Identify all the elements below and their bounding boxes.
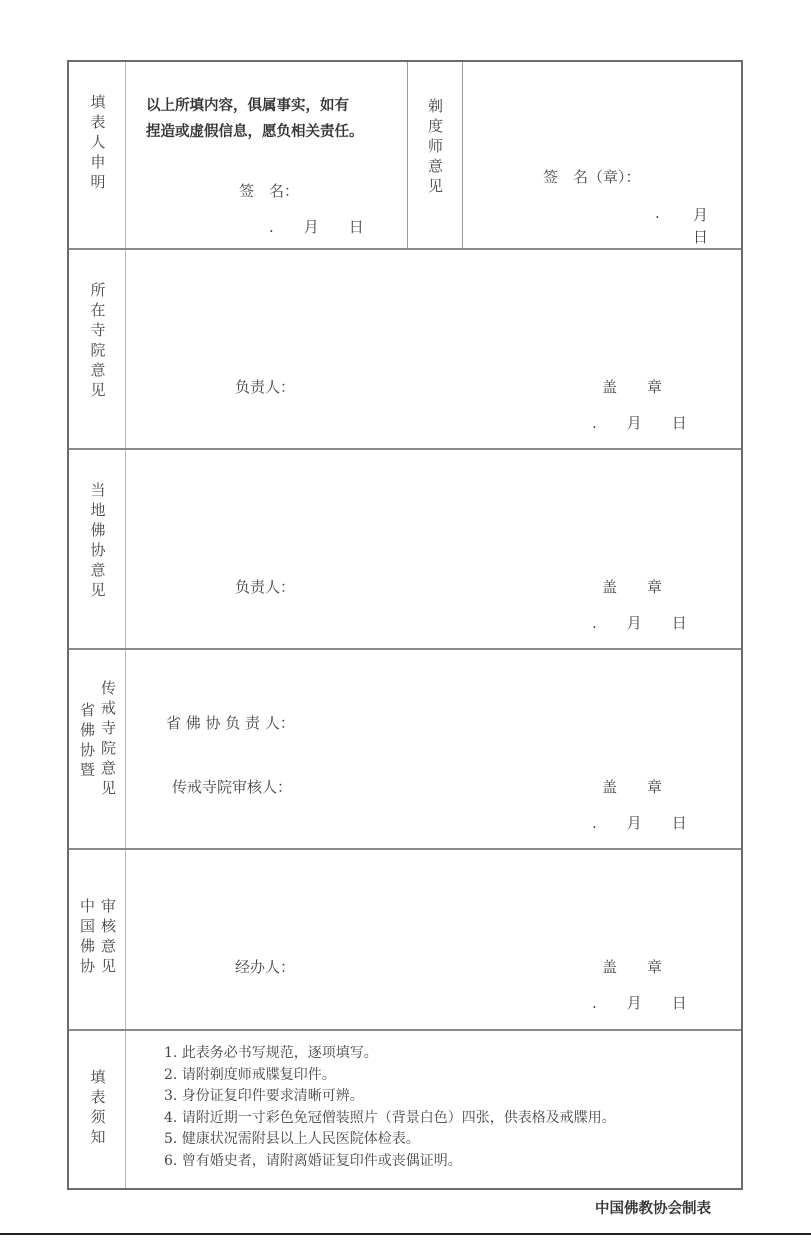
instructions-label-cell: 填表须知 [69, 1031, 126, 1188]
temple-opinion-row: 所在寺院意见 负责人： 盖 章 . 月 日 [69, 250, 741, 450]
provincial-responsible-label: 省 佛 协 负 责 人： [166, 712, 295, 733]
provincial-label-cell: 传戒寺院意见 省佛协暨 [69, 650, 126, 848]
national-label-col2: 审核意见 [100, 898, 115, 978]
temple-responsible-label: 负责人： [235, 376, 295, 397]
tonsure-signature-label: 签 名（章）： [543, 166, 641, 187]
provincial-label-col1: 省佛协暨 [79, 702, 94, 800]
temple-label-cell: 所在寺院意见 [69, 250, 126, 448]
applicant-date-label: . 月 日 [269, 216, 364, 237]
local-association-responsible-label: 负责人： [235, 576, 295, 597]
temple-seal-label: 盖 章 [602, 376, 662, 397]
provincial-seal-label: 盖 章 [602, 776, 662, 797]
instruction-item: 4. 请附近期一寸彩色免冠僧装照片（背景白色）四张，供表格及戒牒用。 [164, 1108, 616, 1130]
provincial-date-label: . 月 日 [592, 812, 687, 833]
handler-label: 经办人： [235, 956, 295, 977]
instruction-item: 1. 此表务必书写规范，逐项填写。 [164, 1043, 616, 1065]
tonsure-day-label: 日 [693, 226, 708, 247]
national-label-cell: 审核意见 中国佛协 [69, 850, 126, 1029]
national-label-col1: 中国佛协 [79, 898, 94, 978]
declaration-row: 填表人申明 以上所填内容，俱属事实，如有 捏造或虚假信息，愿负相关责任。 签 名… [69, 62, 741, 250]
local-association-label-cell: 当地佛协意见 [69, 450, 126, 648]
instruction-item: 3. 身份证复印件要求清晰可辨。 [164, 1086, 616, 1108]
applicant-signature-label: 签 名： [239, 180, 299, 201]
instruction-item: 2. 请附剃度师戒牒复印件。 [164, 1065, 616, 1087]
instructions-label: 填表须知 [90, 1069, 105, 1149]
declaration-statement-line1: 以上所填内容，俱属事实，如有 [146, 94, 349, 115]
instructions-list: 1. 此表务必书写规范，逐项填写。 2. 请附剃度师戒牒复印件。 3. 身份证复… [164, 1043, 616, 1172]
issuer-footer: 中国佛教协会制表 [595, 1197, 711, 1218]
declaration-statement-line2: 捏造或虚假信息，愿负相关责任。 [146, 120, 364, 141]
provincial-label-col2: 传戒寺院意见 [100, 680, 115, 800]
national-date-label: . 月 日 [592, 992, 687, 1013]
local-association-label: 当地佛协意见 [90, 482, 105, 602]
declaration-label: 填表人申明 [90, 94, 105, 194]
national-seal-label: 盖 章 [602, 956, 662, 977]
provincial-opinion-row: 传戒寺院意见 省佛协暨 省 佛 协 负 责 人： 传戒寺院审核人： 盖 章 . … [69, 650, 741, 850]
instruction-item: 6. 曾有婚史者，请附离婚证复印件或丧偶证明。 [164, 1151, 616, 1173]
temple-opinion-label: 所在寺院意见 [90, 282, 105, 402]
application-form-table: 填表人申明 以上所填内容，俱属事实，如有 捏造或虚假信息，愿负相关责任。 签 名… [67, 60, 743, 1190]
tonsure-month-label: 月 [693, 204, 708, 225]
local-association-row: 当地佛协意见 负责人： 盖 章 . 月 日 [69, 450, 741, 650]
instruction-item: 5. 健康状况需附县以上人民医院体检表。 [164, 1129, 616, 1151]
declaration-label-cell: 填表人申明 [69, 62, 126, 248]
tonsure-master-label: 剃度师意见 [427, 98, 442, 198]
tonsure-label-cell: 剃度师意见 [407, 62, 463, 248]
national-review-row: 审核意见 中国佛协 经办人： 盖 章 . 月 日 [69, 850, 741, 1031]
local-association-seal-label: 盖 章 [602, 576, 662, 597]
local-association-date-label: . 月 日 [592, 612, 687, 633]
ordination-reviewer-label: 传戒寺院审核人： [172, 776, 292, 797]
page-bottom-divider [0, 1233, 811, 1235]
instructions-row: 填表须知 1. 此表务必书写规范，逐项填写。 2. 请附剃度师戒牒复印件。 3.… [69, 1031, 741, 1188]
temple-date-label: . 月 日 [592, 412, 687, 433]
tonsure-date-dot: . [655, 204, 660, 222]
